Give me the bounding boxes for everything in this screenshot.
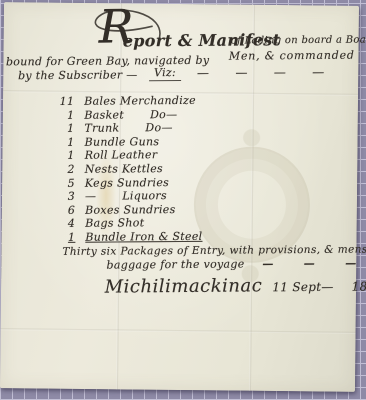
manifest-row: 1BasketDo— [57, 107, 201, 122]
manifest-list: 11Bales Merchandize1BasketDo—1TrunkDo—1B… [57, 94, 202, 245]
header-dashes: — — — — [197, 65, 325, 80]
viz-label: Viz: [149, 66, 181, 81]
item-quantity: 1 [58, 136, 75, 149]
item-description: Bundle Iron & Steel [85, 230, 202, 244]
dateline: Michilimackinac 11 Sept— 1819 [105, 274, 366, 297]
header-commanded: Men, & commanded [229, 49, 355, 63]
manifest-row: 3—Liquors [58, 189, 202, 204]
item-ditto: Liquors [122, 189, 167, 202]
header-subscriber: by the Subscriber — [18, 68, 138, 82]
manifest-row: 6Boxes Sundries [58, 203, 202, 218]
item-ditto: Do— [150, 108, 177, 121]
item-quantity: 5 [58, 176, 75, 189]
manifest-row: 1Bundle Guns [58, 135, 202, 150]
item-description: Kegs Sundries [85, 176, 169, 190]
item-quantity: 11 [57, 95, 74, 108]
title-continuation: of Lading on board a Boat— [231, 34, 366, 46]
item-description: Trunk [84, 122, 119, 135]
item-ditto: Do— [145, 121, 172, 134]
dateline-place: Michilimackinac [105, 275, 263, 297]
dateline-year: 1819 [352, 279, 366, 293]
summary-dashes: — — — [262, 257, 356, 271]
item-description: Bundle Guns [85, 135, 160, 149]
manifest-row: 5Kegs Sundries [58, 175, 202, 190]
item-description: Nests Kettles [85, 162, 163, 176]
manifest-row: 2Nests Kettles [58, 162, 202, 177]
item-description: — [85, 190, 96, 203]
item-quantity: 1 [57, 122, 74, 135]
item-description: Roll Leather [85, 149, 158, 163]
item-description: Boxes Sundries [85, 203, 176, 217]
item-description: Bags Shot [85, 217, 144, 230]
photo-of-manifest: R eport & Manifest of Lading on board a … [0, 0, 366, 400]
item-description: Basket [84, 108, 124, 121]
dateline-date: 11 Sept— [272, 280, 333, 294]
document-paper: R eport & Manifest of Lading on board a … [0, 2, 359, 392]
handwritten-ink-layer: R eport & Manifest of Lading on board a … [0, 3, 358, 392]
item-quantity: 1 [58, 231, 75, 244]
item-quantity: 4 [58, 217, 75, 230]
item-description: Bales Merchandize [84, 94, 196, 108]
manifest-row: 1TrunkDo— [57, 121, 201, 136]
item-quantity: 2 [58, 163, 75, 176]
item-quantity: 6 [58, 204, 75, 217]
item-quantity: 3 [58, 190, 75, 203]
item-quantity: 1 [57, 108, 74, 121]
manifest-row: 11Bales Merchandize [57, 94, 201, 109]
item-quantity: 1 [58, 149, 75, 162]
manifest-row: 4Bags Shot [58, 216, 202, 231]
summary-line-1: Thirty six Packages of Entry, with provi… [62, 244, 366, 258]
summary-line-2: baggage for the voyage — — — [106, 257, 356, 272]
manifest-row: 1Bundle Iron & Steel [58, 230, 202, 245]
summary-text: baggage for the voyage [106, 257, 244, 271]
manifest-row: 1Roll Leather [58, 148, 202, 163]
